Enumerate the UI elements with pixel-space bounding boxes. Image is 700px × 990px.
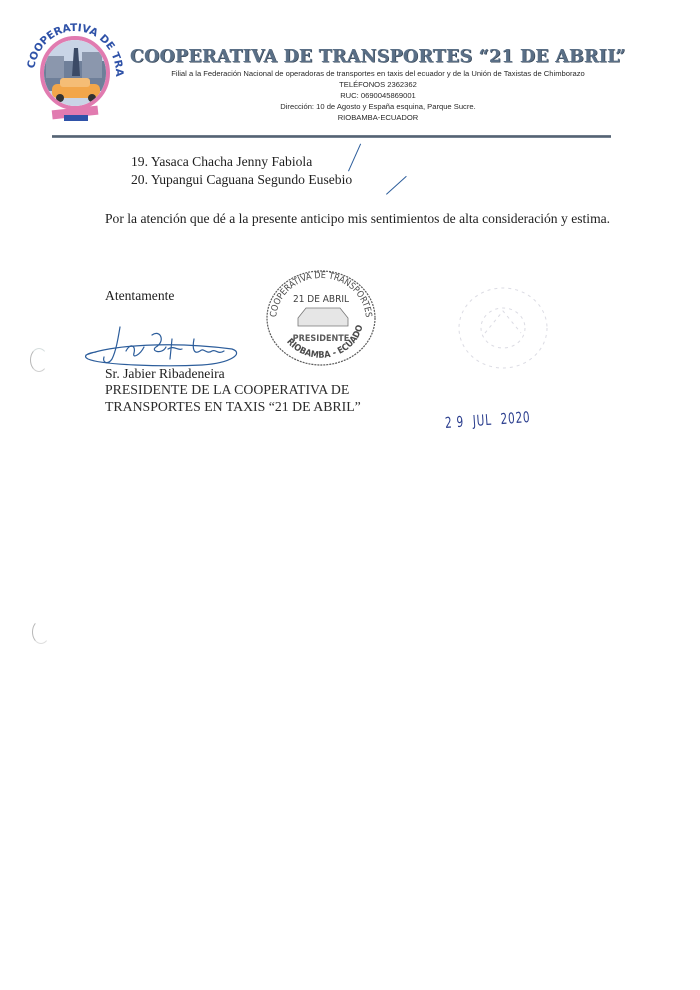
cooperative-logo-icon: COOPERATIVA DE TRANSPORTES "21 DE ABRIL" (22, 16, 128, 128)
punch-hole-mark (30, 348, 48, 372)
signer-title-line: PRESIDENTE DE LA COOPERATIVA DE (105, 381, 361, 398)
list-item-number: 19. (131, 154, 148, 169)
date-day: 2 9 (444, 413, 464, 432)
received-date-stamp: 2 9 JUL 2020 (444, 408, 535, 432)
svg-text:21 DE ABRIL: 21 DE ABRIL (293, 294, 349, 305)
member-list: 19. Yasaca Chacha Jenny Fabiola 20. Yupa… (131, 153, 352, 189)
svg-text:PRESIDENTE: PRESIDENTE (293, 334, 350, 344)
list-item-number: 20. (131, 172, 148, 187)
city-line: RIOBAMBA-ECUADOR (128, 112, 628, 123)
handwritten-signature-icon (82, 325, 247, 367)
signer-title: PRESIDENTE DE LA COOPERATIVA DE TRANSPOR… (105, 381, 361, 415)
list-item: 20. Yupangui Caguana Segundo Eusebio (131, 171, 352, 189)
check-mark-icon (386, 176, 407, 195)
closing-paragraph: Por la atención que dé a la presente ant… (105, 207, 645, 231)
list-item-name: Yasaca Chacha Jenny Fabiola (151, 154, 312, 169)
round-seal-icon: COOPERATIVA DE TRANSPORTES RIOBAMBA - EC… (262, 266, 380, 366)
date-month: JUL (472, 411, 492, 430)
punch-hole-mark (32, 620, 50, 644)
phone-line: TELÉFONOS 2362362 (128, 79, 628, 90)
ruc-line: RUC: 0690045869001 (128, 90, 628, 101)
signer-name: Sr. Jabier Ribadeneira (105, 366, 225, 382)
header-divider (52, 135, 611, 138)
date-year: 2020 (500, 408, 531, 428)
signer-title-line: TRANSPORTES EN TAXIS “21 DE ABRIL” (105, 398, 361, 415)
list-item: 19. Yasaca Chacha Jenny Fabiola (131, 153, 352, 171)
organization-title: COOPERATIVA DE TRANSPORTES “21 DE ABRIL” (128, 47, 628, 67)
list-item-name: Yupangui Caguana Segundo Eusebio (151, 172, 352, 187)
address-line: Dirección: 10 de Agosto y España esquina… (128, 101, 628, 112)
organization-details: Filial a la Federación Nacional de opera… (128, 68, 628, 123)
affiliation-line: Filial a la Federación Nacional de opera… (128, 68, 628, 79)
faded-seal-icon (455, 283, 551, 373)
salutation: Atentamente (105, 288, 174, 304)
